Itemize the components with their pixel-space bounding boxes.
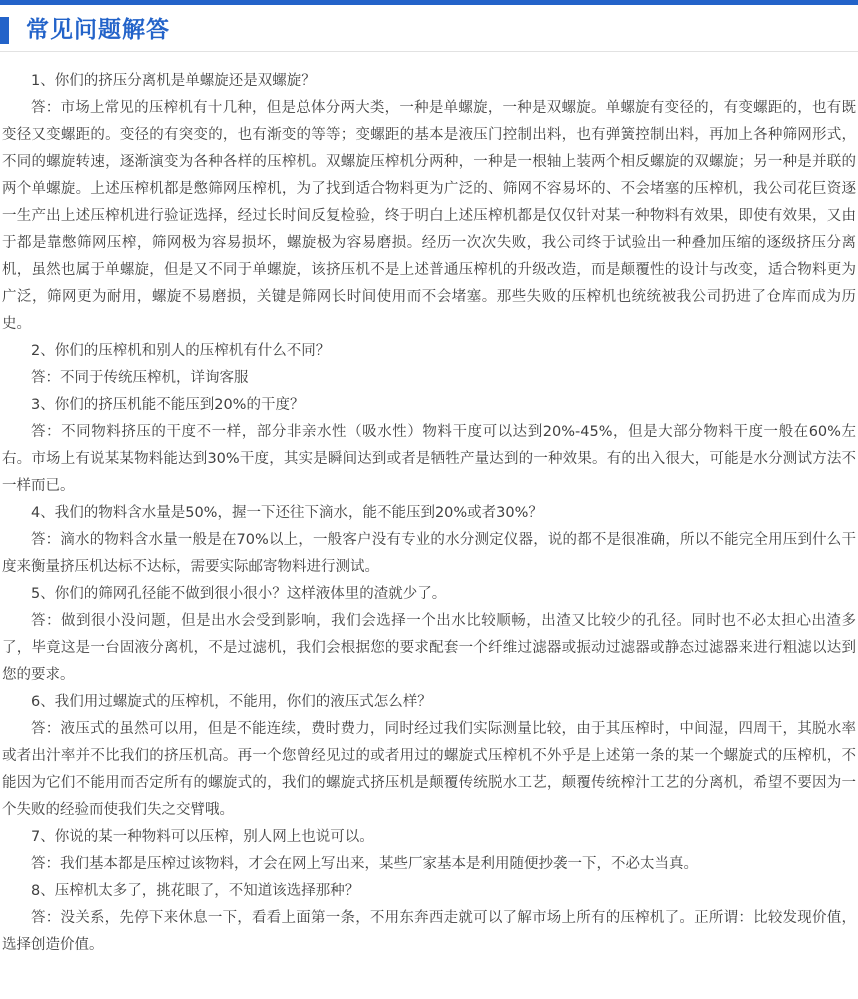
faq-answer: 答：没关系，先停下来休息一下，看看上面第一条，不用东奔西走就可以了解市场上所有的… — [2, 905, 856, 959]
faq-answer: 答：做到很小没问题，但是出水会受到影响，我们会选择一个出水比较顺畅，出渣又比较少… — [2, 608, 856, 689]
faq-answer: 答：不同物料挤压的干度不一样，部分非亲水性（吸水性）物料干度可以达到20%-45… — [2, 419, 856, 500]
faq-question: 7、你说的某一种物料可以压榨，别人网上也说可以。 — [2, 824, 856, 851]
faq-question: 5、你们的筛网孔径能不做到很小很小？这样液体里的渣就少了。 — [2, 581, 856, 608]
faq-question: 8、压榨机太多了，挑花眼了，不知道该选择那种？ — [2, 878, 856, 905]
page-title: 常见问题解答 — [26, 19, 170, 42]
faq-answer: 答：滴水的物料含水量一般是在70%以上，一般客户没有专业的水分测定仪器，说的都不… — [2, 527, 856, 581]
faq-question: 3、你们的挤压机能不能压到20%的干度？ — [2, 392, 856, 419]
faq-answer: 答：不同于传统压榨机，详询客服 — [2, 365, 856, 392]
faq-question: 2、你们的压榨机和别人的压榨机有什么不同？ — [2, 338, 856, 365]
faq-question: 6、我们用过螺旋式的压榨机，不能用，你们的液压式怎么样？ — [2, 689, 856, 716]
faq-answer: 答：市场上常见的压榨机有十几种，但是总体分两大类，一种是单螺旋，一种是双螺旋。单… — [2, 95, 856, 338]
title-accent-bar — [0, 17, 9, 44]
faq-answer: 答：液压式的虽然可以用，但是不能连续，费时费力，同时经过我们实际测量比较，由于其… — [2, 716, 856, 824]
page-header: 常见问题解答 — [0, 5, 858, 52]
faq-question: 1、你们的挤压分离机是单螺旋还是双螺旋？ — [2, 68, 856, 95]
faq-answer: 答：我们基本都是压榨过该物料，才会在网上写出来，某些厂家基本是利用随便抄袭一下，… — [2, 851, 856, 878]
faq-question: 4、我们的物料含水量是50%，握一下还往下滴水，能不能压到20%或者30%？ — [2, 500, 856, 527]
faq-list: 1、你们的挤压分离机是单螺旋还是双螺旋？答：市场上常见的压榨机有十几种，但是总体… — [0, 52, 858, 999]
